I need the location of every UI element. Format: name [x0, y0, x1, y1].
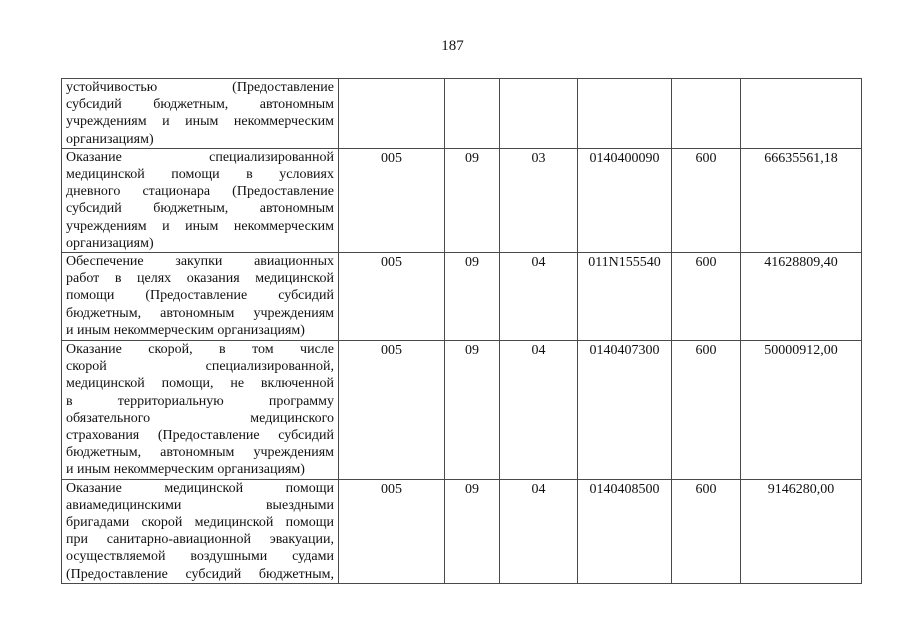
subsection-code-cell: 04 — [500, 341, 578, 480]
description-cell: устойчивостью (Предоставлениесубсидий бю… — [62, 79, 339, 149]
description-line: и иным некоммерческим организациям) — [66, 461, 334, 478]
description-line: в территориальную программу — [66, 393, 334, 410]
expense-type-cell: 600 — [672, 341, 741, 480]
target-article-cell — [578, 79, 672, 149]
description-line: помощи (Предоставление субсидий — [66, 287, 334, 304]
description-line: организациям) — [66, 235, 334, 252]
target-article-cell: 0140400090 — [578, 148, 672, 252]
section-code-cell: 09 — [445, 341, 500, 480]
expense-type-cell — [672, 79, 741, 149]
amount-cell — [741, 79, 862, 149]
section-code-cell: 09 — [445, 148, 500, 252]
description-line: медицинской помощи в условиях — [66, 166, 334, 183]
section-code-cell: 09 — [445, 479, 500, 583]
expense-type-cell: 600 — [672, 148, 741, 252]
amount-value: 66635561,18 — [764, 151, 838, 166]
section-code-cell: 09 — [445, 253, 500, 341]
expense-type-value: 600 — [696, 151, 717, 166]
description-line: (Предоставление субсидий бюджетным, — [66, 566, 334, 583]
amount-cell: 9146280,00 — [741, 479, 862, 583]
target-article-value: 0140408500 — [590, 482, 660, 497]
description-line: бюджетным, автономным учреждениям — [66, 444, 334, 461]
subsection-value: 04 — [532, 255, 546, 270]
description-line: при санитарно-авиационной эвакуации, — [66, 531, 334, 548]
grbs-code-cell: 005 — [339, 253, 445, 341]
description-line: устойчивостью (Предоставление — [66, 79, 334, 96]
description-line: бюджетным, автономным учреждениям — [66, 305, 334, 322]
target-article-value: 0140400090 — [590, 151, 660, 166]
description-line: субсидий бюджетным, автономным — [66, 96, 334, 113]
table-body: устойчивостью (Предоставлениесубсидий бю… — [62, 79, 862, 584]
amount-value: 9146280,00 — [768, 482, 835, 497]
table-row: Обеспечение закупки авиационныхработ в ц… — [62, 253, 862, 341]
description-line: медицинской помощи, не включенной — [66, 375, 334, 392]
expense-type-cell: 600 — [672, 253, 741, 341]
amount-value: 50000912,00 — [764, 343, 838, 358]
subsection-value: 03 — [532, 151, 546, 166]
description-cell: Оказание специализированноймедицинской п… — [62, 148, 339, 252]
description-line: скорой специализированной, — [66, 358, 334, 375]
grbs-code-cell: 005 — [339, 341, 445, 480]
target-article-value: 0140407300 — [590, 343, 660, 358]
grbs-code-cell — [339, 79, 445, 149]
amount-value: 41628809,40 — [764, 255, 838, 270]
description-line: авиамедицинскими выездными — [66, 497, 334, 514]
description-line: Оказание медицинской помощи — [66, 480, 334, 497]
expense-type-value: 600 — [696, 255, 717, 270]
section-value: 09 — [465, 343, 479, 358]
description-line: Оказание скорой, в том числе — [66, 341, 334, 358]
section-value: 09 — [465, 255, 479, 270]
budget-allocation-table: устойчивостью (Предоставлениесубсидий бю… — [61, 78, 862, 584]
amount-cell: 41628809,40 — [741, 253, 862, 341]
grbs-code-cell: 005 — [339, 148, 445, 252]
description-line: дневного стационара (Предоставление — [66, 183, 334, 200]
expense-type-cell: 600 — [672, 479, 741, 583]
target-article-value: 011N155540 — [588, 255, 661, 270]
expense-type-value: 600 — [696, 343, 717, 358]
table-row: Оказание специализированноймедицинской п… — [62, 148, 862, 252]
amount-cell: 66635561,18 — [741, 148, 862, 252]
page-number: 187 — [0, 38, 905, 55]
description-line: учреждениям и иным некоммерческим — [66, 218, 334, 235]
grbs-value: 005 — [381, 255, 402, 270]
description-cell: Оказание медицинской помощиавиамедицинск… — [62, 479, 339, 583]
section-value: 09 — [465, 151, 479, 166]
description-line: организациям) — [66, 131, 334, 148]
subsection-code-cell — [500, 79, 578, 149]
subsection-code-cell: 03 — [500, 148, 578, 252]
section-code-cell — [445, 79, 500, 149]
description-line: обязательного медицинского — [66, 410, 334, 427]
subsection-code-cell: 04 — [500, 253, 578, 341]
subsection-value: 04 — [532, 343, 546, 358]
amount-cell: 50000912,00 — [741, 341, 862, 480]
description-line: субсидий бюджетным, автономным — [66, 200, 334, 217]
description-line: учреждениям и иным некоммерческим — [66, 113, 334, 130]
expense-type-value: 600 — [696, 482, 717, 497]
description-line: страхования (Предоставление субсидий — [66, 427, 334, 444]
description-line: осуществляемой воздушными судами — [66, 548, 334, 565]
target-article-cell: 011N155540 — [578, 253, 672, 341]
grbs-value: 005 — [381, 482, 402, 497]
description-cell: Оказание скорой, в том числескорой специ… — [62, 341, 339, 480]
grbs-value: 005 — [381, 151, 402, 166]
description-line: Оказание специализированной — [66, 149, 334, 166]
description-line: бригадами скорой медицинской помощи — [66, 514, 334, 531]
subsection-code-cell: 04 — [500, 479, 578, 583]
subsection-value: 04 — [532, 482, 546, 497]
grbs-value: 005 — [381, 343, 402, 358]
description-line: работ в целях оказания медицинской — [66, 270, 334, 287]
grbs-code-cell: 005 — [339, 479, 445, 583]
table-row: Оказание медицинской помощиавиамедицинск… — [62, 479, 862, 583]
section-value: 09 — [465, 482, 479, 497]
target-article-cell: 0140407300 — [578, 341, 672, 480]
description-cell: Обеспечение закупки авиационныхработ в ц… — [62, 253, 339, 341]
target-article-cell: 0140408500 — [578, 479, 672, 583]
description-line: Обеспечение закупки авиационных — [66, 253, 334, 270]
table-row: Оказание скорой, в том числескорой специ… — [62, 341, 862, 480]
table-row: устойчивостью (Предоставлениесубсидий бю… — [62, 79, 862, 149]
description-line: и иным некоммерческим организациям) — [66, 322, 334, 339]
